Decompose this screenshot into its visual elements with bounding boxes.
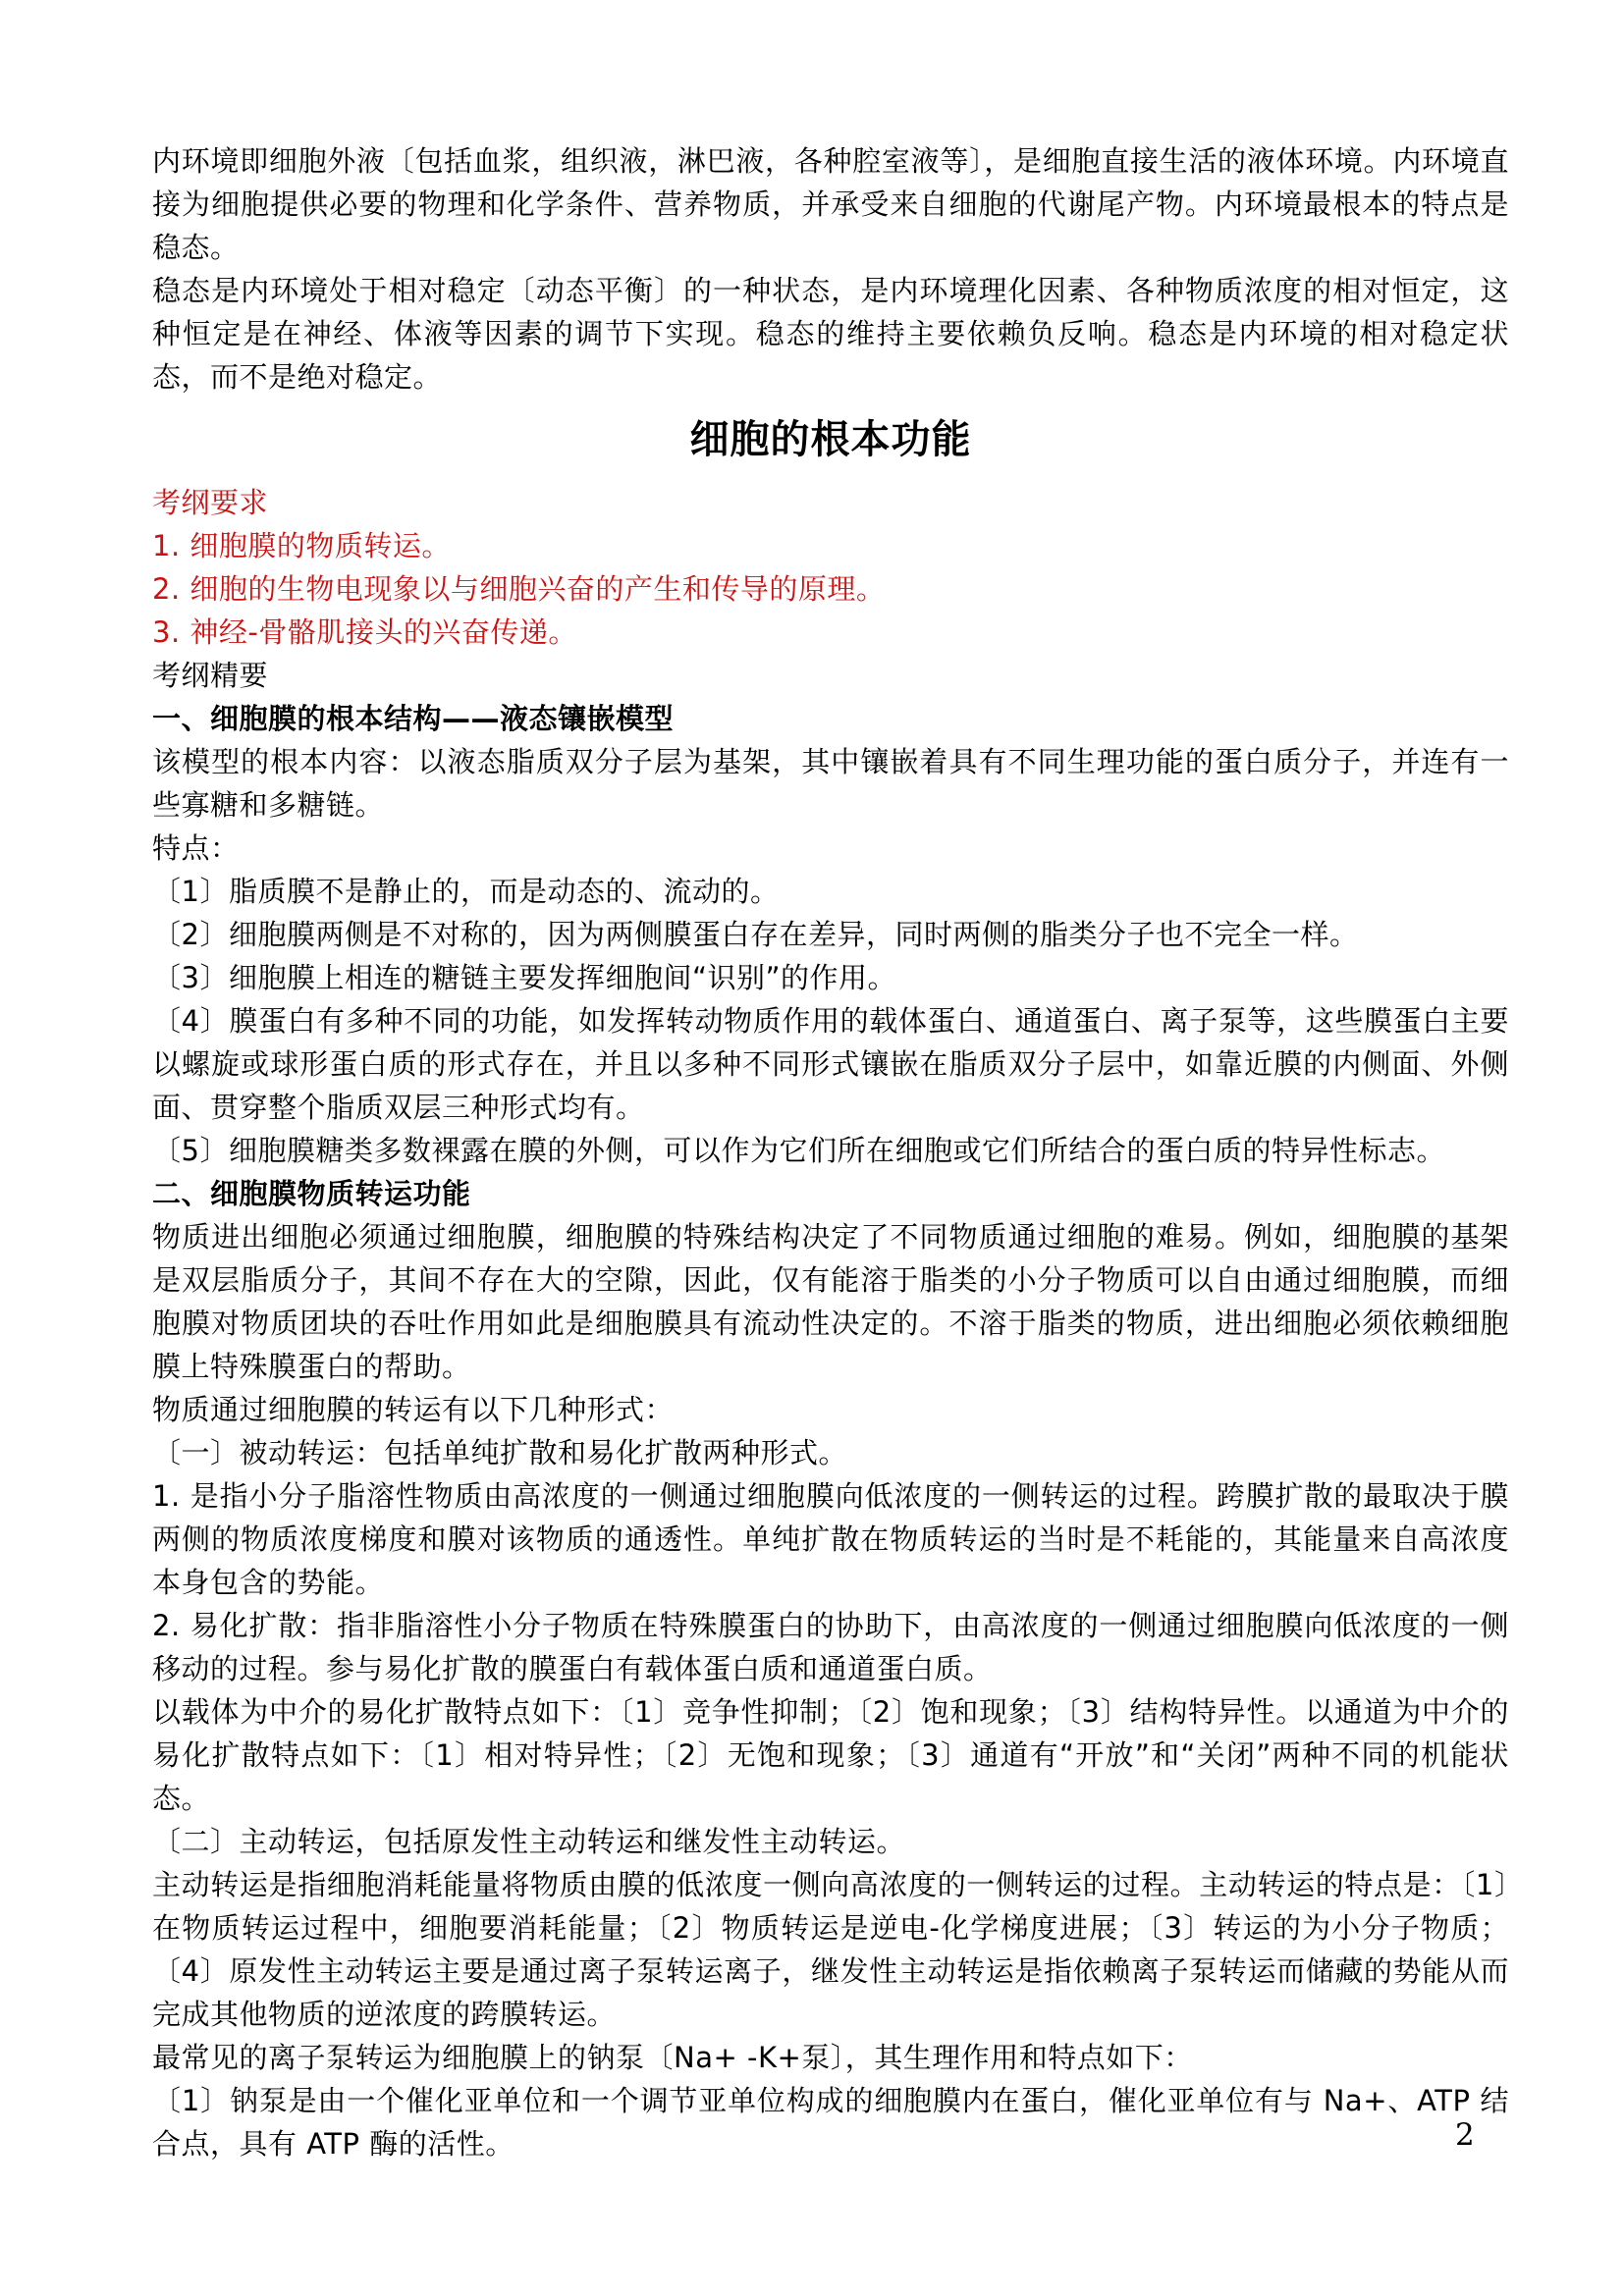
active-transport-heading: 〔二〕主动转运，包括原发性主动转运和继发性主动转运。	[152, 1820, 1509, 1863]
exam-outline-item-2: 2. 细胞的生物电现象以与细胞兴奋的产生和传导的原理。	[152, 567, 1509, 611]
exam-outline-item-3: 3. 神经-骨骼肌接头的兴奋传递。	[152, 611, 1509, 654]
passive-transport-heading: 〔一〕被动转运：包括单纯扩散和易化扩散两种形式。	[152, 1431, 1509, 1474]
exam-essentials-label: 考纲精要	[152, 654, 1509, 697]
section-heading-transport-function: 二、细胞膜物质转运功能	[152, 1172, 1509, 1215]
page-title: 细胞的根本功能	[152, 412, 1509, 467]
simple-diffusion-paragraph: 1. 是指小分子脂溶性物质由高浓度的一侧通过细胞膜向低浓度的一侧转运的过程。跨膜…	[152, 1474, 1509, 1604]
exam-outline-heading: 考纲要求	[152, 481, 1509, 524]
sodium-pump-intro-paragraph: 最常见的离子泵转运为细胞膜上的钠泵〔Na+ -K+泵〕，其生理作用和特点如下：	[152, 2036, 1509, 2079]
facilitated-diffusion-features-paragraph: 以载体为中介的易化扩散特点如下：〔1〕竞争性抑制；〔2〕饱和现象；〔3〕结构特异…	[152, 1690, 1509, 1820]
page-number: 2	[1455, 2115, 1475, 2155]
features-label: 特点：	[152, 827, 1509, 870]
active-transport-paragraph: 主动转运是指细胞消耗能量将物质由膜的低浓度一侧向高浓度的一侧转运的过程。主动转运…	[152, 1863, 1509, 2036]
sodium-pump-feature-1: 〔1〕钠泵是由一个催化亚单位和一个调节亚单位构成的细胞膜内在蛋白，催化亚单位有与…	[152, 2079, 1509, 2165]
feature-item-3: 〔3〕细胞膜上相连的糖链主要发挥细胞间“识别”的作用。	[152, 956, 1509, 999]
transport-intro-paragraph: 物质进出细胞必须通过细胞膜，细胞膜的特殊结构决定了不同物质通过细胞的难易。例如，…	[152, 1215, 1509, 1388]
exam-outline-item-1: 1. 细胞膜的物质转运。	[152, 524, 1509, 567]
feature-item-4: 〔4〕膜蛋白有多种不同的功能，如发挥转动物质作用的载体蛋白、通道蛋白、离子泵等，…	[152, 999, 1509, 1129]
feature-item-5: 〔5〕细胞膜糖类多数裸露在膜的外侧，可以作为它们所在细胞或它们所结合的蛋白质的特…	[152, 1129, 1509, 1172]
internal-environment-paragraph: 内环境即细胞外液〔包括血浆，组织液，淋巴液，各种腔室液等〕，是细胞直接生活的液体…	[152, 139, 1509, 269]
section-heading-membrane-structure: 一、细胞膜的根本结构——液态镶嵌模型	[152, 697, 1509, 740]
transport-forms-label: 物质通过细胞膜的转运有以下几种形式：	[152, 1388, 1509, 1431]
homeostasis-paragraph: 稳态是内环境处于相对稳定〔动态平衡〕的一种状态，是内环境理化因素、各种物质浓度的…	[152, 269, 1509, 399]
document-content: 内环境即细胞外液〔包括血浆，组织液，淋巴液，各种腔室液等〕，是细胞直接生活的液体…	[152, 139, 1509, 2165]
feature-item-1: 〔1〕脂质膜不是静止的，而是动态的、流动的。	[152, 870, 1509, 913]
facilitated-diffusion-paragraph: 2. 易化扩散：指非脂溶性小分子物质在特殊膜蛋白的协助下，由高浓度的一侧通过细胞…	[152, 1604, 1509, 1690]
document-page: 内环境即细胞外液〔包括血浆，组织液，淋巴液，各种腔室液等〕，是细胞直接生活的液体…	[0, 0, 1624, 2296]
feature-item-2: 〔2〕细胞膜两侧是不对称的，因为两侧膜蛋白存在差异，同时两侧的脂类分子也不完全一…	[152, 913, 1509, 956]
mosaic-model-paragraph: 该模型的根本内容：以液态脂质双分子层为基架，其中镶嵌着具有不同生理功能的蛋白质分…	[152, 740, 1509, 827]
